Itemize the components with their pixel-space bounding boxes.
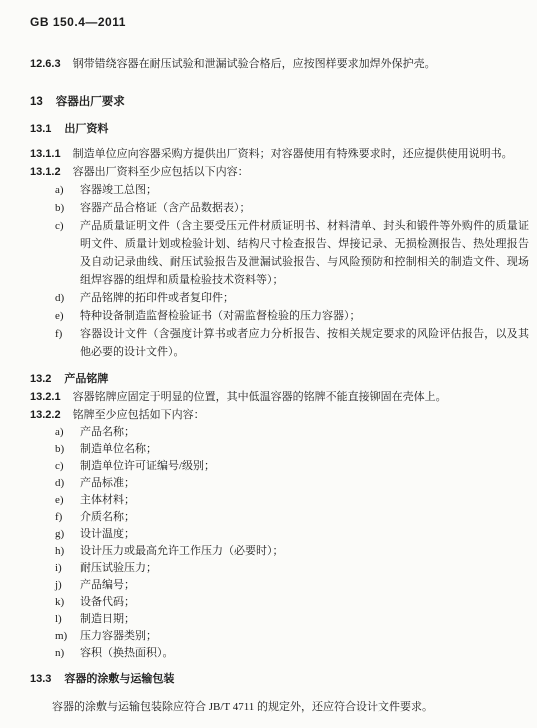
list-item-text: 容器设计文件（含强度计算书或者应力分析报告、按相关规定要求的风险评估报告，以及其… <box>80 325 529 361</box>
clause-13-2-1: 13.2.1 容器铭牌应固定于明显的位置，其中低温容器的铭牌不能直接铆固在壳体上… <box>30 388 529 406</box>
list-item-letter: m) <box>55 628 80 645</box>
list-item-text: 产品名称； <box>80 424 529 441</box>
list-item-letter: f) <box>55 325 80 343</box>
nameplate-content-list: a) 产品名称； b) 制造单位名称； c) 制造单位许可证编号/级别； d) … <box>30 424 529 662</box>
section-title: 出厂资料 <box>64 120 108 138</box>
list-item: n) 容积（换热面积）。 <box>30 645 529 662</box>
clause-13-1-2: 13.1.2 容器出厂资料至少应包括以下内容： <box>30 163 529 181</box>
list-item-text: 耐压试验压力； <box>80 560 529 577</box>
clause-number: 13.2.2 <box>30 406 61 424</box>
list-item-letter: e) <box>55 307 80 325</box>
list-item-text: 产品质量证明文件（含主要受压元件材质证明书、材料清单、封头和锻件等外购件的质量证… <box>80 217 529 289</box>
list-item-text: 容积（换热面积）。 <box>80 645 529 662</box>
list-item-letter: l) <box>55 611 80 628</box>
section-number: 13.1 <box>30 120 51 138</box>
section-heading-13: 13 容器出厂要求 <box>30 93 529 111</box>
section-title: 容器的涂敷与运输包装 <box>64 670 174 688</box>
list-item: b) 制造单位名称； <box>30 441 529 458</box>
section-number: 13.3 <box>30 670 51 688</box>
list-item-letter: a) <box>55 424 80 441</box>
list-item-text: 产品编号； <box>80 577 529 594</box>
section-heading-13-2: 13.2 产品铭牌 <box>30 370 529 388</box>
list-item-letter: a) <box>55 181 80 199</box>
clause-13-1-1: 13.1.1 制造单位应向容器采购方提供出厂资料；对容器使用有特殊要求时，还应提… <box>30 145 529 163</box>
list-item-letter: b) <box>55 199 80 217</box>
list-item-text: 容器竣工总图； <box>80 181 529 199</box>
list-item: d) 产品铭牌的拓印件或者复印件； <box>30 289 529 307</box>
list-item-letter: j) <box>55 577 80 594</box>
list-item-text: 产品标准； <box>80 475 529 492</box>
clause-text: 容器铭牌应固定于明显的位置，其中低温容器的铭牌不能直接铆固在壳体上。 <box>73 388 529 406</box>
clause-number: 13.1.2 <box>30 163 61 181</box>
list-item-letter: b) <box>55 441 80 458</box>
section-heading-13-1: 13.1 出厂资料 <box>30 120 529 138</box>
list-item: e) 主体材料； <box>30 492 529 509</box>
list-item: c) 制造单位许可证编号/级别； <box>30 458 529 475</box>
list-item: h) 设计压力或最高允许工作压力（必要时）； <box>30 543 529 560</box>
clause-13-2-2: 13.2.2 铭牌至少应包括如下内容： <box>30 406 529 424</box>
list-item-letter: c) <box>55 458 80 475</box>
document-page: GB 150.4—2011 12.6.3 钢带错绕容器在耐压试验和泄漏试验合格后… <box>0 0 537 728</box>
list-item: m) 压力容器类别； <box>30 628 529 645</box>
list-item-text: 设备代码； <box>80 594 529 611</box>
list-item: b) 容器产品合格证（含产品数据表）； <box>30 199 529 217</box>
list-item-letter: k) <box>55 594 80 611</box>
list-item-text: 制造日期； <box>80 611 529 628</box>
list-item: a) 容器竣工总图； <box>30 181 529 199</box>
clause-text: 容器出厂资料至少应包括以下内容： <box>73 163 529 181</box>
paragraph-13-3-body: 容器的涂敷与运输包装除应符合 JB/T 4711 的规定外，还应符合设计文件要求… <box>30 698 529 716</box>
section-number: 13 <box>30 93 43 111</box>
list-item-text: 产品铭牌的拓印件或者复印件； <box>80 289 529 307</box>
list-item: i) 耐压试验压力； <box>30 560 529 577</box>
list-item-letter: c) <box>55 217 80 235</box>
list-item-text: 制造单位名称； <box>80 441 529 458</box>
list-item-text: 主体材料； <box>80 492 529 509</box>
list-item-letter: e) <box>55 492 80 509</box>
list-item-text: 制造单位许可证编号/级别； <box>80 458 529 475</box>
list-item: k) 设备代码； <box>30 594 529 611</box>
clause-text: 钢带错绕容器在耐压试验和泄漏试验合格后，应按图样要求加焊外保护壳。 <box>73 55 529 73</box>
list-item-letter: g) <box>55 526 80 543</box>
section-title: 产品铭牌 <box>64 370 108 388</box>
list-item-letter: n) <box>55 645 80 662</box>
list-item: f) 容器设计文件（含强度计算书或者应力分析报告、按相关规定要求的风险评估报告，… <box>30 325 529 361</box>
section-title: 容器出厂要求 <box>56 93 125 111</box>
list-item-text: 容器产品合格证（含产品数据表）； <box>80 199 529 217</box>
list-item-letter: i) <box>55 560 80 577</box>
list-item-text: 压力容器类别； <box>80 628 529 645</box>
list-item: c) 产品质量证明文件（含主要受压元件材质证明书、材料清单、封头和锻件等外购件的… <box>30 217 529 289</box>
list-item-letter: d) <box>55 289 80 307</box>
section-heading-13-3: 13.3 容器的涂敷与运输包装 <box>30 670 529 688</box>
list-item: d) 产品标准； <box>30 475 529 492</box>
delivery-documents-list: a) 容器竣工总图； b) 容器产品合格证（含产品数据表）； c) 产品质量证明… <box>30 181 529 361</box>
clause-number: 13.1.1 <box>30 145 61 163</box>
list-item-text: 设计压力或最高允许工作压力（必要时）； <box>80 543 529 560</box>
list-item-letter: f) <box>55 509 80 526</box>
clause-text: 铭牌至少应包括如下内容： <box>73 406 529 424</box>
list-item-text: 设计温度； <box>80 526 529 543</box>
list-item-text: 特种设备制造监督检验证书（对需监督检验的压力容器）； <box>80 307 529 325</box>
clause-number: 13.2.1 <box>30 388 61 406</box>
list-item-letter: d) <box>55 475 80 492</box>
list-item: a) 产品名称； <box>30 424 529 441</box>
clause-12-6-3: 12.6.3 钢带错绕容器在耐压试验和泄漏试验合格后，应按图样要求加焊外保护壳。 <box>30 55 529 73</box>
list-item-letter: h) <box>55 543 80 560</box>
list-item: l) 制造日期； <box>30 611 529 628</box>
clause-number: 12.6.3 <box>30 55 61 73</box>
list-item: g) 设计温度； <box>30 526 529 543</box>
standard-number-header: GB 150.4—2011 <box>30 13 529 31</box>
clause-text: 制造单位应向容器采购方提供出厂资料；对容器使用有特殊要求时，还应提供使用说明书。 <box>73 145 529 163</box>
list-item: e) 特种设备制造监督检验证书（对需监督检验的压力容器）； <box>30 307 529 325</box>
section-number: 13.2 <box>30 370 51 388</box>
list-item-text: 介质名称； <box>80 509 529 526</box>
list-item: f) 介质名称； <box>30 509 529 526</box>
list-item: j) 产品编号； <box>30 577 529 594</box>
